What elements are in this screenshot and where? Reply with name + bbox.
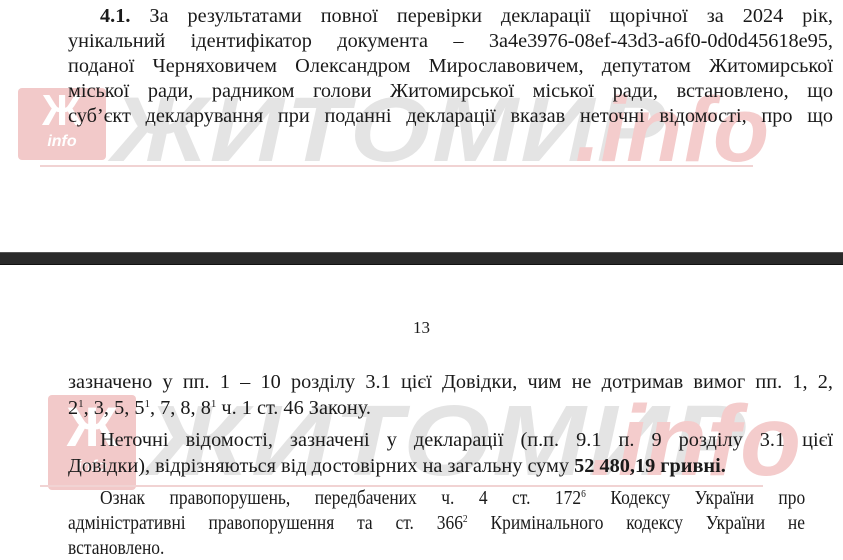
paragraph-conclusion-line-2: адміністративні правопорушення та ст. 36… bbox=[68, 511, 805, 535]
paragraph-4-1-line-5: суб’єкт декларування при поданні деклара… bbox=[68, 104, 833, 128]
inaccuracy-amount: 52 480,19 гривні. bbox=[574, 455, 726, 477]
page-number: 13 bbox=[0, 318, 843, 338]
paragraph-4-1-line-3: поданої Черняховичем Олександром Миросла… bbox=[68, 54, 833, 78]
paragraph-conclusion-line-3: встановлено. bbox=[68, 536, 838, 560]
paragraph-inaccuracy-line-2: Довідки), відрізняються від достовірних … bbox=[68, 454, 833, 478]
paragraph-continued-line-2: 21, 3, 5, 51, 7, 8, 81 ч. 1 ст. 46 Закон… bbox=[68, 396, 833, 420]
section-number: 4.1. bbox=[100, 5, 130, 27]
paragraph-4-1-line-1: 4.1. За результатами повної перевірки де… bbox=[100, 4, 833, 28]
paragraph-4-1-line-2: унікальний ідентифікатор документа – 3a4… bbox=[68, 29, 833, 53]
paragraph-4-1-line-4: міської ради, радником голови Житомирськ… bbox=[68, 79, 833, 103]
paragraph-continued-line-1: зазначено у пп. 1 – 10 розділу 3.1 цієї … bbox=[68, 370, 833, 394]
paragraph-conclusion-line-1: Ознак правопорушень, передбачених ч. 4 с… bbox=[100, 486, 805, 510]
paragraph-inaccuracy-line-1: Неточні відомості, зазначені у деклараці… bbox=[100, 428, 833, 452]
watermark-rule bbox=[40, 165, 753, 167]
page-break-divider bbox=[0, 252, 843, 265]
